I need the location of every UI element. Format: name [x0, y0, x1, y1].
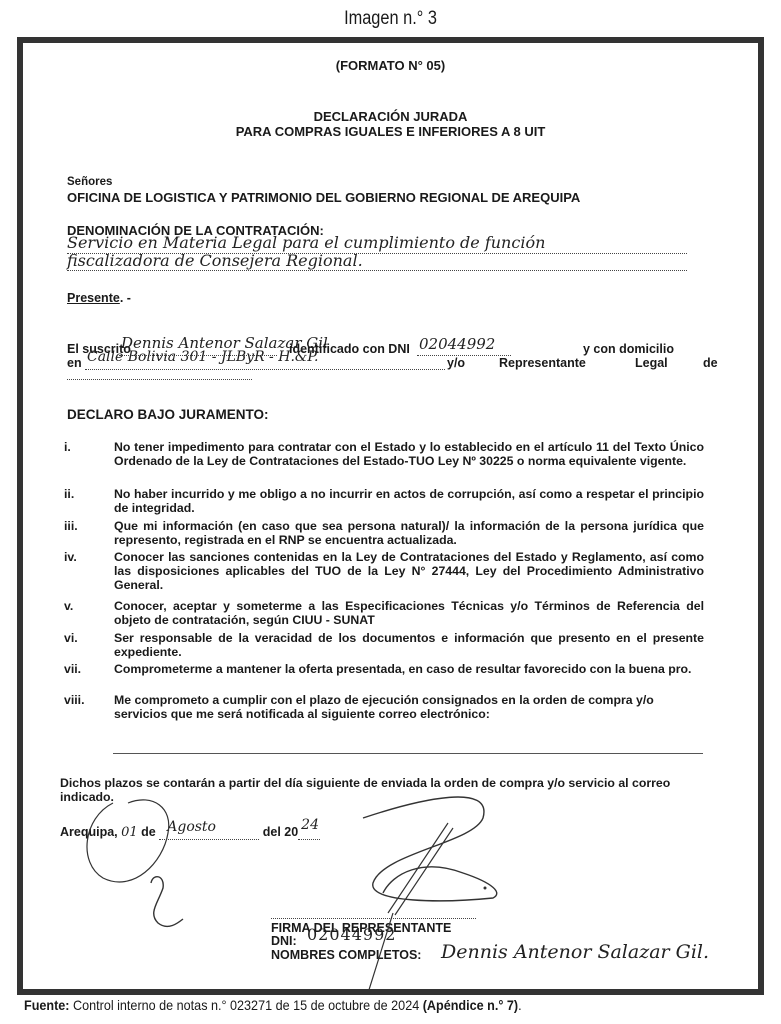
- addressee: OFICINA DE LOGISTICA Y PATRIMONIO DEL GO…: [67, 190, 580, 205]
- figure-caption-title: Imagen n.° 3: [55, 8, 727, 30]
- signature-scribble-icon: [23, 43, 758, 989]
- date-del: del 20: [263, 825, 298, 839]
- date-de: de: [141, 825, 156, 839]
- declaration-form: (FORMATO N° 05) DECLARACIÓN JURADA PARA …: [23, 43, 758, 989]
- date-day: 01: [121, 825, 138, 840]
- document-frame: (FORMATO N° 05) DECLARACIÓN JURADA PARA …: [17, 37, 764, 995]
- email-field-line: [113, 753, 703, 754]
- presente-label: Presente. -: [67, 291, 131, 305]
- salutation: Señores: [67, 176, 112, 188]
- source-end: .: [518, 997, 522, 1013]
- full-name-label: NOMBRES COMPLETOS:: [271, 948, 421, 962]
- sig-dni-value: 02044992: [307, 925, 396, 944]
- representante-label: Representante: [499, 356, 586, 370]
- source-label: Fuente:: [24, 997, 70, 1013]
- form-subtitle: PARA COMPRAS IGUALES E INFERIORES A 8 UI…: [23, 124, 758, 139]
- contract-value-line-1: Servicio en Materia Legal para el cumpli…: [67, 233, 545, 252]
- domicilio-suffix: y con domicilio: [583, 342, 674, 356]
- address-value: Calle Bolivia 301 - JLByR - H.&P.: [87, 349, 318, 365]
- dni-value: 02044992: [419, 335, 495, 353]
- date-year-field: 24: [298, 825, 320, 840]
- presente-suffix: . -: [120, 291, 131, 305]
- figure-source: Fuente: Control interno de notas n.° 023…: [24, 997, 522, 1013]
- form-title: DECLARACIÓN JURADA: [23, 109, 758, 124]
- address-line: [85, 369, 445, 370]
- date-month-field: Agosto: [159, 825, 259, 840]
- full-name-value: Dennis Antenor Salazar Gil.: [441, 941, 709, 963]
- source-text: Control interno de notas n.° 023271 de 1…: [70, 997, 423, 1013]
- presente-text: Presente: [67, 291, 120, 305]
- contract-value-line-2: fiscalizadora de Consejera Regional.: [67, 251, 363, 270]
- contract-line-2: [67, 270, 687, 271]
- date-line: Arequipa, 01 de Agosto del 2024: [60, 825, 320, 840]
- date-month: Agosto: [167, 819, 216, 835]
- plazos-text: Dichos plazos se contarán a partir del d…: [60, 776, 700, 804]
- format-label: (FORMATO N° 05): [23, 58, 758, 73]
- entity-line: [67, 379, 252, 380]
- en-prefix: en: [67, 356, 82, 370]
- legal-label: Legal: [635, 356, 668, 370]
- yo-label: y/o: [447, 356, 465, 370]
- source-appendix: (Apéndice n.° 7): [423, 997, 518, 1013]
- date-year-suffix: 24: [301, 817, 319, 833]
- de-label: de: [703, 356, 718, 370]
- sig-dni-label: DNI:: [271, 934, 297, 948]
- signature-line: [271, 918, 476, 919]
- declaro-label: DECLARO BAJO JURAMENTO:: [67, 407, 269, 422]
- date-city: Arequipa,: [60, 825, 118, 839]
